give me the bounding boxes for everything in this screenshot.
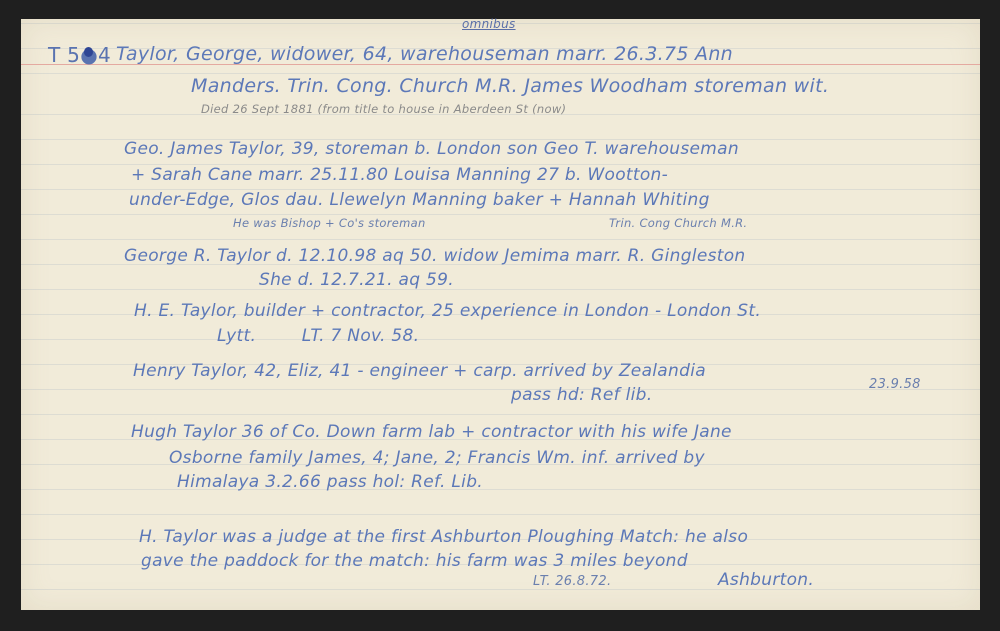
header-note: omnibus [462, 17, 516, 31]
entry-line: Taylor, George, widower, 64, warehousema… [116, 43, 733, 65]
sub-note: He was Bishop + Co's storeman [233, 216, 426, 230]
entry-line: Osborne family James, 4; Jane, 2; Franci… [169, 448, 705, 468]
source-citation: LT. 26.8.72. [533, 574, 611, 589]
entry-line: Henry Taylor, 42, Eliz, 41 - engineer + … [133, 361, 706, 381]
entry-line: gave the paddock for the match: his farm… [141, 551, 688, 571]
ink-blot [84, 47, 93, 57]
pencil-note: Died 26 Sept 1881 (from title to house i… [201, 102, 566, 116]
sub-note: Trin. Cong Church M.R. [609, 216, 747, 230]
entry-line-tail: Ashburton. [718, 570, 814, 590]
entry-line: Hugh Taylor 36 of Co. Down farm lab + co… [131, 422, 732, 442]
arrival-date: 23.9.58 [869, 377, 921, 392]
entry-line: George R. Taylor d. 12.10.98 aq 50. wido… [124, 246, 745, 266]
card-reference: T 5●4 [48, 43, 111, 67]
entry-line: H. Taylor was a judge at the first Ashbu… [139, 527, 748, 547]
entry-line: under-Edge, Glos dau. Llewelyn Manning b… [129, 190, 710, 210]
entry-line: She d. 12.7.21. aq 59. [259, 270, 454, 290]
index-card: omnibus T 5●4 Taylor, George, widower, 6… [21, 19, 980, 610]
entry-line: + Sarah Cane marr. 25.11.80 Louisa Manni… [131, 165, 668, 185]
entry-line: Himalaya 3.2.66 pass hol: Ref. Lib. [177, 472, 483, 492]
entry-line: Lytt. LT. 7 Nov. 58. [217, 326, 419, 346]
entry-line: H. E. Taylor, builder + contractor, 25 e… [134, 301, 761, 321]
entry-line: Manders. Trin. Cong. Church M.R. James W… [191, 75, 829, 97]
entry-line: Geo. James Taylor, 39, storeman b. Londo… [124, 139, 739, 159]
entry-line: pass hd: Ref lib. [511, 385, 652, 405]
